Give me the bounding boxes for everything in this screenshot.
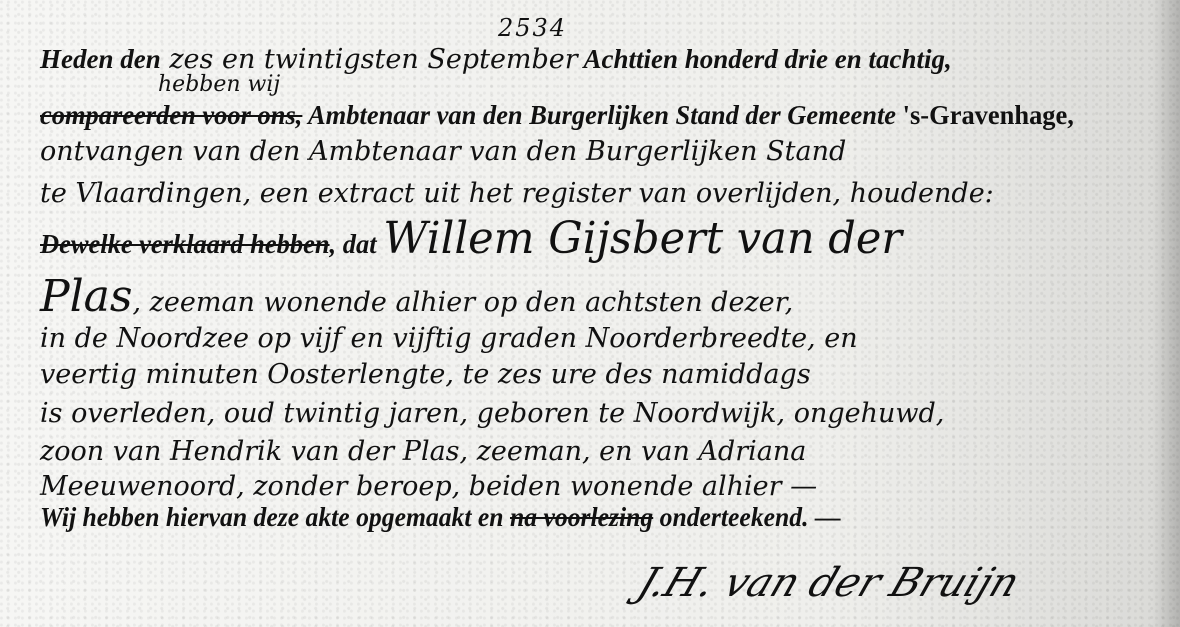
line-text: compareerden voor ons,: [40, 100, 302, 130]
line-text: onderteekend. —: [653, 502, 840, 532]
record-line: in de Noordzee op vijf en vijftig graden…: [40, 322, 858, 356]
record-line: ontvangen van den Ambtenaar van den Burg…: [40, 135, 846, 169]
line-text: Wij hebben hiervan deze akte opgemaakt e…: [40, 502, 510, 532]
line-text: is overleden, oud twintig jaren, geboren…: [40, 398, 944, 429]
line-text: Ambtenaar van den Burgerlijken Stand der…: [302, 100, 902, 130]
record-line: zoon van Hendrik van der Plas, zeeman, e…: [40, 435, 806, 469]
page-edge-shadow: [1152, 0, 1180, 627]
record-line: veertig minuten Oosterlengte, te zes ure…: [40, 358, 811, 392]
line-text: zoon van Hendrik van der Plas, zeeman, e…: [40, 436, 806, 467]
line-text: Willem Gijsbert van der: [383, 213, 902, 264]
line-text: zes en twintigsten September: [161, 44, 578, 75]
line-text: Achttien honderd drie en tachtig,: [578, 44, 952, 74]
record-line: te Vlaardingen, een extract uit het regi…: [40, 177, 994, 211]
line-text: , dat: [330, 229, 384, 259]
record-line: Heden den zes en twintigsten September A…: [40, 42, 952, 77]
record-line: compareerden voor ons, Ambtenaar van den…: [40, 98, 1074, 133]
line-text: Meeuwenoord, zonder beroep, beiden wonen…: [40, 471, 817, 502]
record-line: Dewelke verklaard hebben, dat Willem Gij…: [40, 222, 902, 262]
line-text: Heden den: [40, 44, 161, 74]
line-text: , zeeman wonende alhier op den achtsten …: [133, 287, 794, 318]
line-text: in de Noordzee op vijf en vijftig graden…: [40, 323, 858, 354]
record-number: 2534: [498, 14, 567, 42]
line-text: veertig minuten Oosterlengte, te zes ure…: [40, 359, 811, 390]
line-text: Dewelke verklaard hebben: [40, 229, 330, 259]
line-text: ontvangen van den Ambtenaar van den Burg…: [40, 136, 846, 167]
registrar-signature: J.H. van der Bruijn: [632, 560, 1026, 606]
civil-record-page: 2534 hebben wij Heden den zes en twintig…: [0, 0, 1180, 627]
line-text: te Vlaardingen, een extract uit het regi…: [40, 178, 994, 209]
record-line: Meeuwenoord, zonder beroep, beiden wonen…: [40, 470, 817, 504]
record-line: is overleden, oud twintig jaren, geboren…: [40, 397, 944, 431]
line-text: 's-Gravenhage,: [903, 100, 1074, 130]
line-text: Plas: [40, 271, 133, 322]
line-text: na voorlezing: [510, 502, 653, 532]
record-line: Plas, zeeman wonende alhier op den achts…: [40, 280, 793, 320]
record-line: Wij hebben hiervan deze akte opgemaakt e…: [40, 500, 841, 535]
